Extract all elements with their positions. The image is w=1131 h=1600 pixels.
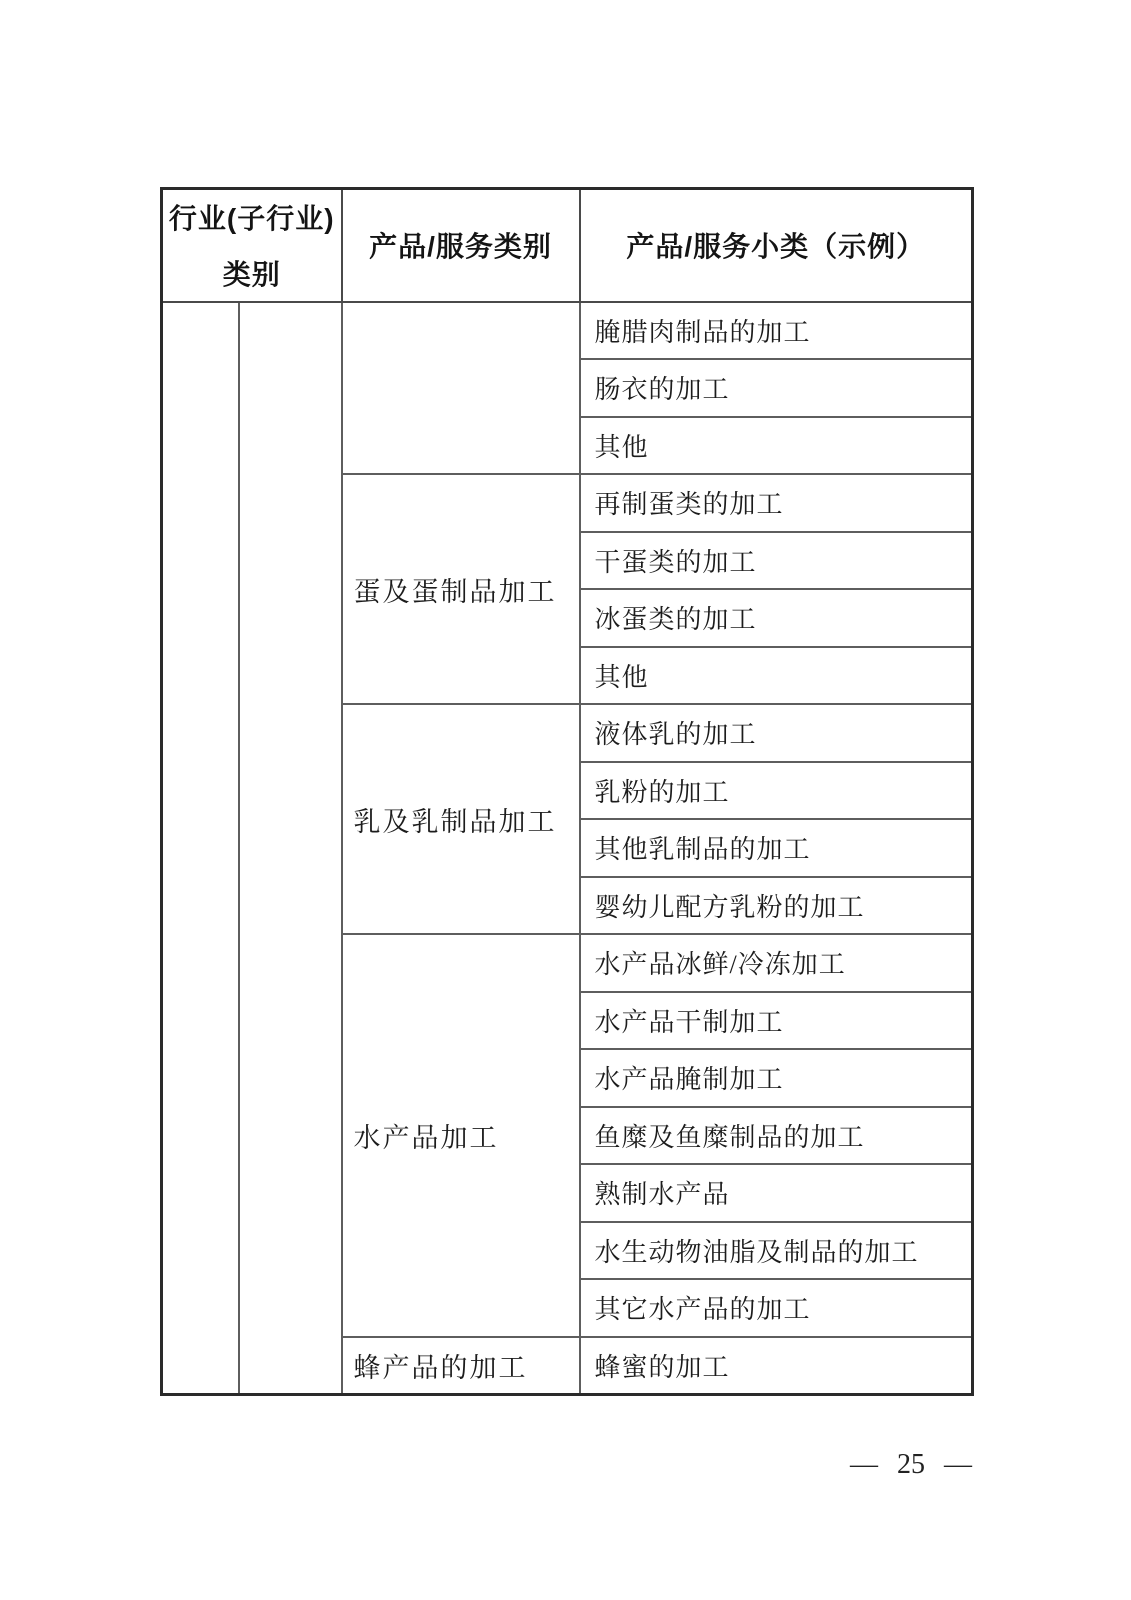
- table-header: 行业(子行业) 类别 产品/服务类别 产品/服务小类（示例）: [162, 189, 973, 302]
- header-row: 行业(子行业) 类别 产品/服务类别 产品/服务小类（示例）: [162, 189, 973, 302]
- category-cell: 水产品加工: [342, 934, 580, 1337]
- subcategory-cell: 其它水产品的加工: [580, 1279, 973, 1337]
- subcategory-cell: 其他乳制品的加工: [580, 819, 973, 877]
- subcategory-cell: 腌腊肉制品的加工: [580, 302, 973, 360]
- document-page: 行业(子行业) 类别 产品/服务类别 产品/服务小类（示例） 腌腊肉制品的加工肠…: [0, 0, 1131, 1600]
- category-cell: 乳及乳制品加工: [342, 704, 580, 934]
- subcategory-cell: 干蛋类的加工: [580, 532, 973, 590]
- subcategory-cell: 水产品干制加工: [580, 992, 973, 1050]
- category-cell: 蜂产品的加工: [342, 1337, 580, 1395]
- header-subcategory: 产品/服务小类（示例）: [580, 189, 973, 302]
- subcategory-cell: 乳粉的加工: [580, 762, 973, 820]
- subcategory-cell: 冰蛋类的加工: [580, 589, 973, 647]
- header-industry-line1: 行业(子行业): [169, 197, 335, 237]
- industry-col-cell: [162, 302, 239, 1395]
- header-category: 产品/服务类别: [342, 189, 580, 302]
- subcategory-cell: 婴幼儿配方乳粉的加工: [580, 877, 973, 935]
- header-industry: 行业(子行业) 类别: [162, 189, 342, 302]
- table-body: 腌腊肉制品的加工肠衣的加工其他蛋及蛋制品加工再制蛋类的加工干蛋类的加工冰蛋类的加…: [162, 302, 973, 1395]
- subcategory-cell: 水产品腌制加工: [580, 1049, 973, 1107]
- subcategory-cell: 肠衣的加工: [580, 359, 973, 417]
- subcategory-cell: 再制蛋类的加工: [580, 474, 973, 532]
- subcategory-cell: 鱼糜及鱼糜制品的加工: [580, 1107, 973, 1165]
- subcategory-cell: 其他: [580, 417, 973, 475]
- subcategory-cell: 水生动物油脂及制品的加工: [580, 1222, 973, 1280]
- header-industry-line2: 类别: [223, 253, 281, 293]
- industry-product-service-table: 行业(子行业) 类别 产品/服务类别 产品/服务小类（示例） 腌腊肉制品的加工肠…: [160, 187, 974, 1396]
- subcategory-cell: 熟制水产品: [580, 1164, 973, 1222]
- subcategory-cell: 蜂蜜的加工: [580, 1337, 973, 1395]
- subindustry-col-cell: [239, 302, 342, 1395]
- subcategory-cell: 其他: [580, 647, 973, 705]
- page-number: — 25 —: [843, 1449, 979, 1481]
- category-cell: [342, 302, 580, 475]
- subcategory-cell: 液体乳的加工: [580, 704, 973, 762]
- table-row: 腌腊肉制品的加工: [162, 302, 973, 360]
- subcategory-cell: 水产品冰鲜/冷冻加工: [580, 934, 973, 992]
- category-cell: 蛋及蛋制品加工: [342, 474, 580, 704]
